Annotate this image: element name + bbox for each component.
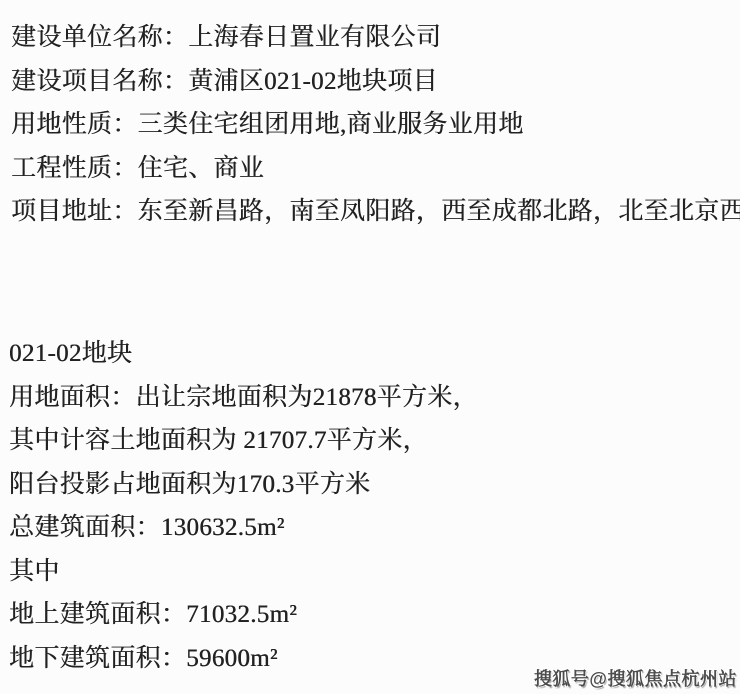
- plot-info-block: 021-02地块 用地面积：出让宗地面积为21878平方米， 其中计容土地面积为…: [9, 332, 478, 680]
- project-name-line: 建设项目名称：黄浦区021-02地块项目: [11, 60, 740, 104]
- underground-area-line: 地下建筑面积：59600m²: [9, 637, 478, 681]
- total-building-area-line: 总建筑面积：130632.5m²: [9, 506, 478, 550]
- project-address-line: 项目地址：东至新昌路，南至凤阳路，西至成都北路，北至北京西路: [11, 190, 740, 234]
- project-info-block: 建设单位名称：上海春日置业有限公司 建设项目名称：黄浦区021-02地块项目 用…: [11, 16, 740, 234]
- document-page: 建设单位名称：上海春日置业有限公司 建设项目名称：黄浦区021-02地块项目 用…: [0, 0, 740, 694]
- balcony-projection-area-line: 阳台投影占地面积为170.3平方米: [9, 463, 478, 507]
- among-which-line: 其中: [9, 550, 478, 594]
- land-use-nature-line: 用地性质：三类住宅组团用地,商业服务业用地: [11, 103, 740, 147]
- floor-area-ratio-land-line: 其中计容土地面积为 21707.7平方米，: [9, 419, 478, 463]
- above-ground-area-line: 地上建筑面积：71032.5m²: [9, 593, 478, 637]
- plot-title-line: 021-02地块: [9, 332, 478, 376]
- land-area-line: 用地面积：出让宗地面积为21878平方米，: [9, 376, 478, 420]
- construction-unit-name-line: 建设单位名称：上海春日置业有限公司: [11, 16, 740, 60]
- engineering-nature-line: 工程性质：住宅、商业: [11, 147, 740, 191]
- sohu-watermark: 搜狐号@搜狐焦点杭州站: [534, 665, 737, 691]
